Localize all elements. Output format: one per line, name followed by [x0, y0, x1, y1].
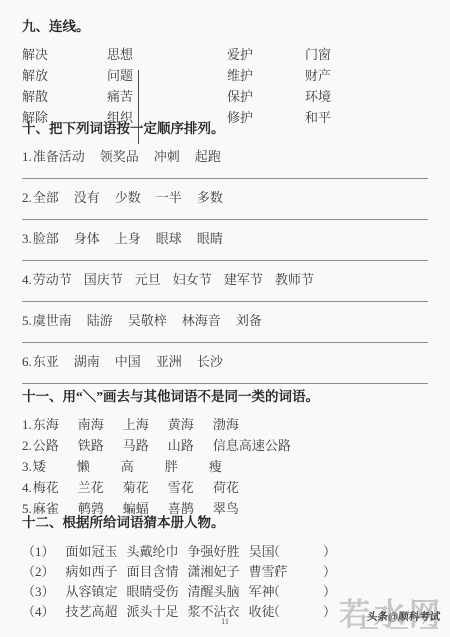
- section-odd-one-out: 十一、用“＼”画去与其他词语不是同一类的词语。 1.东海 南海 上海 黄海 渤海…: [22, 388, 428, 520]
- section-title: 九、连线。: [22, 18, 428, 36]
- word-row: 4.梅花 兰花 菊花 雪花 荷花: [22, 478, 428, 498]
- word: 没有: [74, 190, 100, 206]
- word-row: 2.全部 没有 少数 一半 多数: [22, 190, 428, 206]
- word-row: 2.公路 铁路 马路 山路 信息高速公路: [22, 436, 428, 456]
- matching-row: 解散 痛苦 保护 环境: [22, 86, 428, 107]
- word: 胖: [165, 457, 178, 477]
- word: 脸部: [33, 231, 59, 246]
- word: 矮: [33, 459, 46, 474]
- match-word: 解散: [22, 86, 107, 107]
- match-word: 爱护: [227, 44, 305, 65]
- item-number: 6.: [22, 354, 32, 369]
- answer-line: [22, 301, 428, 302]
- word: 懒: [77, 457, 90, 477]
- word: 铁路: [78, 436, 104, 456]
- word: 山路: [168, 436, 194, 456]
- word-row: （2） 病如西子 面目含情 潇湘妃子 曹雪芹 （ ）: [22, 562, 428, 582]
- watermark: 若水网 头条@顺科考试: [326, 589, 446, 631]
- word-row: （1） 面如冠玉 头戴纶巾 争强好胜 吴国 （ ）: [22, 542, 428, 562]
- word: 菊花: [123, 478, 149, 498]
- ordering-item: 6.东亚 湖南 中国 亚洲 长沙: [22, 354, 428, 384]
- word: 面目含情: [127, 562, 179, 582]
- section-ordering: 十、把下列词语按一定顺序排列。 1.准备活动 领奖品 冲刺 起跑 2.全部 没有…: [22, 120, 428, 384]
- word: 面如冠玉: [66, 542, 118, 562]
- answer-bracket-close: ）: [323, 562, 336, 582]
- word: 教师节: [275, 272, 314, 288]
- word: 上海: [123, 415, 149, 435]
- watermark-smudges: [360, 627, 438, 629]
- odd-one-out-rows: 1.东海 南海 上海 黄海 渤海 2.公路 铁路 马路 山路 信息高速公路 3.…: [22, 415, 428, 519]
- word: 雪花: [168, 478, 194, 498]
- word-row: 5.虞世南 陆游 吴敬梓 林海音 刘备: [22, 313, 428, 329]
- item-number: 4.: [22, 480, 32, 495]
- word: 刘备: [236, 313, 262, 329]
- answer-line: [22, 342, 428, 343]
- word: 一半: [156, 190, 182, 206]
- word: 南海: [78, 415, 104, 435]
- matching-grid: 解决 思想 爱护 门窗 解放 问题 维护 财产 解散 痛苦 保护 环境 解除 组…: [22, 44, 428, 128]
- word: 东海: [33, 417, 59, 432]
- word: 头戴纶巾: [127, 542, 179, 562]
- section-title: 十一、用“＼”画去与其他词语不是同一类的词语。: [22, 388, 428, 406]
- word: 马路: [123, 436, 149, 456]
- section-title: 十、把下列词语按一定顺序排列。: [22, 120, 428, 138]
- word: 黄海: [168, 415, 194, 435]
- ordering-item: 3.脸部 身体 上身 眼球 眼睛: [22, 231, 428, 261]
- item-number: （3）: [22, 582, 55, 602]
- answer-bracket-open: （: [267, 582, 280, 602]
- ordering-item: 5.虞世南 陆游 吴敬梓 林海音 刘备: [22, 313, 428, 343]
- match-word: 门窗: [305, 44, 331, 65]
- word: 多数: [197, 190, 223, 206]
- match-word: 痛苦: [107, 86, 227, 107]
- answer-bracket-open: （: [267, 562, 280, 582]
- answer-line: [22, 219, 428, 220]
- word: 眼睛: [197, 231, 223, 247]
- word: 信息高速公路: [213, 436, 291, 456]
- word: 国庆节: [84, 272, 123, 288]
- word: 渤海: [213, 415, 239, 435]
- word: 荷花: [213, 478, 239, 498]
- match-word: 思想: [107, 44, 227, 65]
- item-number: 3.: [22, 459, 32, 474]
- word: 林海音: [182, 313, 221, 329]
- section-title: 十二、根据所给词语猜本册人物。: [22, 514, 428, 532]
- matching-row: 解放 问题 维护 财产: [22, 65, 428, 86]
- answer-bracket-close: ）: [323, 542, 336, 562]
- word-row: 3.脸部 身体 上身 眼球 眼睛: [22, 231, 428, 247]
- word: 少数: [115, 190, 141, 206]
- word: 虞世南: [33, 313, 72, 328]
- word-row: 4.劳动节 国庆节 元旦 妇女节 建军节 教师节: [22, 272, 428, 288]
- watermark-badge-text: 头条@顺科考试: [366, 609, 441, 624]
- word: 身体: [74, 231, 100, 247]
- word: 建军节: [224, 272, 263, 288]
- item-number: 4.: [22, 272, 32, 287]
- ordering-item: 1.准备活动 领奖品 冲刺 起跑: [22, 149, 428, 179]
- word: 公路: [33, 438, 59, 453]
- word: 陆游: [87, 313, 113, 329]
- word: 上身: [115, 231, 141, 247]
- answer-line: [22, 383, 428, 384]
- word-row: 3.矮 懒 高 胖 瘦: [22, 457, 428, 477]
- word: 眼球: [156, 231, 182, 247]
- match-word: 财产: [305, 65, 331, 86]
- item-number: （1）: [22, 542, 55, 562]
- answer-bracket-open: （: [267, 542, 280, 562]
- word: 清醒头脑: [188, 582, 240, 602]
- word: 眼睛受伤: [127, 582, 179, 602]
- ordering-item: 4.劳动节 国庆节 元旦 妇女节 建军节 教师节: [22, 272, 428, 302]
- match-word: 维护: [227, 65, 305, 86]
- item-number: 5.: [22, 313, 32, 328]
- word: 梅花: [33, 480, 59, 495]
- word: 准备活动: [33, 149, 85, 164]
- word: 东亚: [33, 354, 59, 369]
- item-number: 2.: [22, 190, 32, 205]
- word: 长沙: [197, 354, 223, 370]
- word: 高: [121, 457, 134, 477]
- watermark-smudge: [420, 627, 438, 629]
- word: 瘦: [209, 457, 222, 477]
- match-word: 环境: [305, 86, 331, 107]
- word: 湖南: [74, 354, 100, 370]
- word: 中国: [115, 354, 141, 370]
- match-word: 解决: [22, 44, 107, 65]
- word: 领奖品: [100, 149, 139, 165]
- item-number: 1.: [22, 417, 32, 432]
- word: 吴敬梓: [128, 313, 167, 329]
- word: 病如西子: [66, 562, 118, 582]
- watermark-smudge: [390, 627, 408, 629]
- match-word: 问题: [107, 65, 227, 86]
- item-number: 3.: [22, 231, 32, 246]
- ordering-item: 2.全部 没有 少数 一半 多数: [22, 190, 428, 220]
- word: 起跑: [195, 149, 221, 165]
- word: 潇湘妃子: [188, 562, 240, 582]
- word: 全部: [33, 190, 59, 205]
- word: 争强好胜: [188, 542, 240, 562]
- worksheet-page: 九、连线。 解决 思想 爱护 门窗 解放 问题 维护 财产 解散 痛苦 保护 环…: [0, 0, 450, 637]
- watermark-smudge: [360, 627, 378, 629]
- word: 妇女节: [173, 272, 212, 288]
- answer-line: [22, 178, 428, 179]
- match-word: 解放: [22, 65, 107, 86]
- word-row: 6.东亚 湖南 中国 亚洲 长沙: [22, 354, 428, 370]
- word: 元旦: [135, 272, 161, 288]
- section-matching: 九、连线。 解决 思想 爱护 门窗 解放 问题 维护 财产 解散 痛苦 保护 环…: [22, 18, 428, 128]
- word-row: 1.东海 南海 上海 黄海 渤海: [22, 415, 428, 435]
- word: 劳动节: [33, 272, 72, 287]
- matching-row: 解决 思想 爱护 门窗: [22, 44, 428, 65]
- item-number: 2.: [22, 438, 32, 453]
- word: 冲刺: [154, 149, 180, 165]
- item-number: 1.: [22, 149, 32, 164]
- word: 从容镇定: [66, 582, 118, 602]
- match-word: 保护: [227, 86, 305, 107]
- word: 亚洲: [156, 354, 182, 370]
- word: 兰花: [78, 478, 104, 498]
- item-number: （2）: [22, 562, 55, 582]
- word-row: 1.准备活动 领奖品 冲刺 起跑: [22, 149, 428, 165]
- answer-line: [22, 260, 428, 261]
